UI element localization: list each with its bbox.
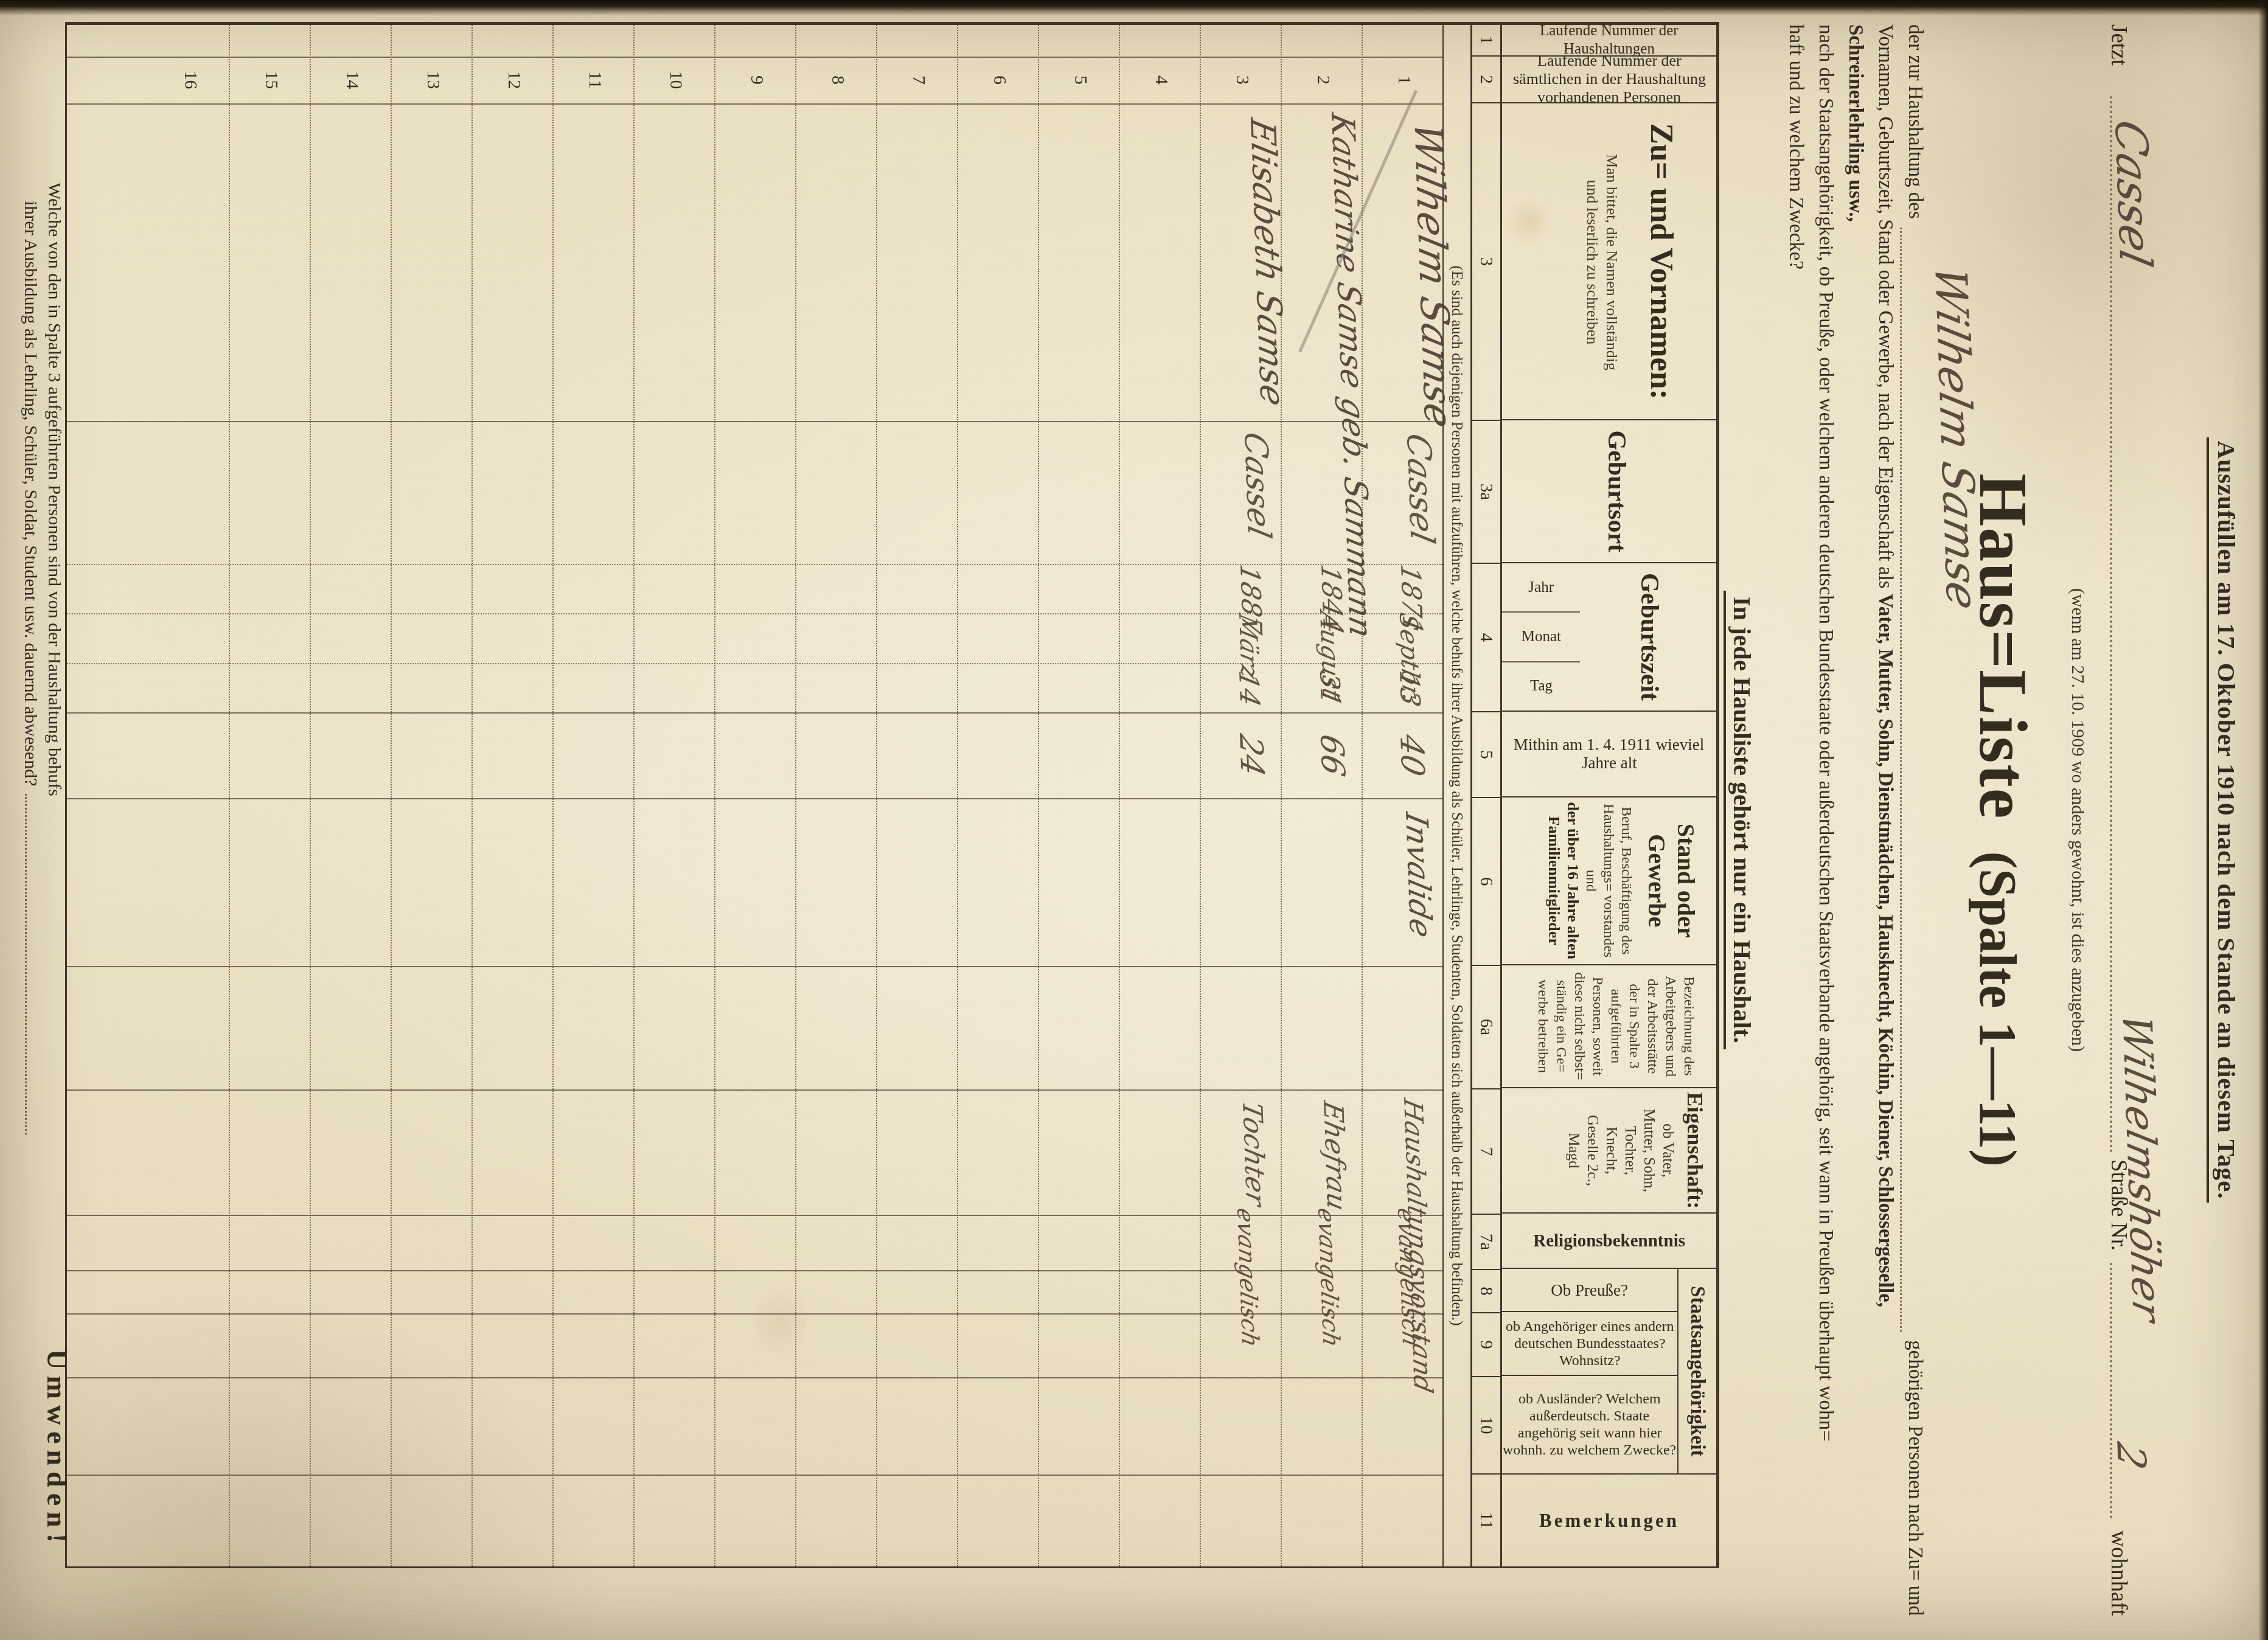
row-number: 12	[504, 57, 524, 103]
colnum-1: 1	[1472, 25, 1500, 57]
col4-day-label: Tag	[1529, 678, 1552, 695]
row-number: 3	[1232, 57, 1253, 103]
col2-header: Laufende Nummer der sämtlichen in der Ha…	[1502, 57, 1716, 103]
colnum-3a: 3a	[1472, 421, 1500, 564]
handwritten-entry-r2-c7: Ehefrau	[1317, 1099, 1352, 1214]
footer-answer-blank	[25, 794, 41, 1134]
intro-l1b: gehörigen Personen nach Zu= und	[1900, 1340, 1930, 1616]
book-gutter-shadow	[0, 0, 2268, 16]
row-number: 11	[585, 57, 605, 103]
handwritten-entry-r3-c7: Tochter	[1236, 1099, 1271, 1209]
address-note: (wenn am 27. 10. 1909 wo anders gewohnt,…	[2067, 0, 2088, 1640]
unnumbered-bottom-row	[67, 25, 148, 1566]
col9-label: ob Angehöriger eines andern deutschen Bu…	[1502, 1318, 1677, 1369]
row-number: 10	[666, 57, 686, 103]
intro-l1a: der zur Haushaltung des	[1900, 24, 1930, 219]
head-name-handwritten: Wilhelm Samse	[1935, 264, 1977, 612]
colnum-6a: 6a	[1472, 966, 1500, 1089]
head-name-blank: Wilhelm Samse	[1900, 228, 1926, 1332]
table-row: 10	[633, 25, 714, 1566]
turn-over-label: Umwenden!	[41, 1349, 73, 1549]
row-number: 15	[261, 57, 282, 103]
handwritten-entry-r2-c4t: 31	[1313, 669, 1346, 709]
handwritten-entry-r3-c3a: Cassel	[1237, 429, 1277, 541]
table-row: 11	[552, 25, 633, 1566]
col7-title: Eigenschaft:	[1682, 1088, 1708, 1212]
handwritten-entry-r1-c4t: 13	[1393, 669, 1425, 709]
col9-header: ob Angehöriger eines andern deutschen Bu…	[1502, 1312, 1677, 1376]
table-row: 6	[957, 25, 1038, 1566]
row-number: 16	[180, 57, 201, 103]
table-row: 5	[1038, 25, 1119, 1566]
table-row: 16	[148, 25, 229, 1566]
table-row: 9	[714, 25, 795, 1566]
col5-header: Mithin am 1. 4. 1911 wieviel Jahre alt	[1502, 712, 1716, 797]
col6a-text: Bezeichnung des Arbeitgebers und der Arb…	[1534, 965, 1698, 1088]
handwritten-entry-r3-c4t: 14	[1233, 669, 1265, 709]
colnum-3: 3	[1472, 103, 1500, 421]
one-household-rule: In jede Hausliste gehört nur ein Haushal…	[1728, 0, 1757, 1640]
colnum-4: 4	[1472, 564, 1500, 712]
footer-question-line2: ihrer Ausbildung als Lehrling, Schüler, …	[20, 201, 41, 1134]
intro-paragraph: der zur Haushaltung des Wilhelm Samse ge…	[1781, 24, 1930, 1616]
main-title: Haus=Liste (Spalte 1—11)	[1963, 0, 2042, 1640]
table-row: 14	[310, 25, 391, 1566]
row-number: 4	[1151, 57, 1172, 103]
colnum-6: 6	[1472, 798, 1500, 966]
row-number: 9	[746, 57, 767, 103]
census-table: Laufende Nummer der Haushaltungen Laufen…	[65, 22, 1719, 1568]
address-prefix-label: Jetzt	[2106, 24, 2132, 66]
address-line: Jetzt Cassel Wilhelmshöher Straße Nr. 2 …	[2096, 24, 2139, 1616]
intro-line-4: nach der Staatsangehörigkeit, ob Preuße,…	[1811, 24, 1840, 1616]
group-header-label: Staatsangehörigkeit	[1677, 1269, 1716, 1473]
col7a-label: Religionsbekenntnis	[1533, 1232, 1685, 1250]
colnum-10: 10	[1472, 1377, 1500, 1475]
column-number-row: 1 2 3 3a 4 5 6 6a 7 7a 8 9 10 11	[1470, 25, 1500, 1566]
col7-list: ob Vater, Mutter, Sohn, Tochter, Knecht,…	[1564, 1088, 1677, 1212]
handwritten-entry-r2-c5: 66	[1313, 731, 1351, 779]
handwritten-entry-r3-c7a: evangelisch	[1232, 1206, 1264, 1350]
address-suffix-label: wohnhaft	[2106, 1531, 2132, 1616]
handwritten-entry-r1-c3a: Cassel	[1399, 430, 1442, 547]
handwritten-entry-r1-c6: Invalide	[1399, 810, 1439, 941]
main-title-suffix: (Spalte 1—11)	[1969, 851, 2027, 1166]
row-number: 13	[423, 57, 444, 103]
table-row: 15	[229, 25, 310, 1566]
col8-header: Ob Preuße?	[1502, 1269, 1677, 1312]
col6-subtext: Beruf, Beschäftigung des Haushaltungs= v…	[1544, 797, 1635, 964]
handwritten-entry-r2-c7a: evangelisch	[1313, 1206, 1344, 1350]
street-number-handwritten: 2	[2107, 1439, 2154, 1473]
table-row: 7	[876, 25, 957, 1566]
col6a-header: Bezeichnung des Arbeitgebers und der Arb…	[1502, 965, 1716, 1089]
colnum-11: 11	[1472, 1475, 1500, 1566]
intro-line-1: der zur Haushaltung des Wilhelm Samse ge…	[1900, 24, 1930, 1616]
address-city-handwritten: Cassel	[2105, 116, 2162, 271]
table-header: Laufende Nummer der Haushaltungen Laufen…	[1500, 25, 1716, 1566]
table-row: 4	[1119, 25, 1200, 1566]
col3-title: Zu= und Vornamen:	[1642, 103, 1680, 420]
handwritten-entry-r3-c5: 24	[1232, 731, 1270, 779]
col4-subcolumns: Jahr Monat Tag	[1502, 563, 1581, 711]
table-row: 12	[471, 25, 552, 1566]
col7a-header: Religionsbekenntnis	[1502, 1214, 1716, 1269]
col6-title: Stand oder Gewerbe	[1642, 797, 1700, 964]
intro-line-5: haft und zu welchem Zwecke?	[1781, 24, 1811, 1616]
col11-header: Bemerkungen	[1502, 1475, 1716, 1566]
col7-header: Eigenschaft: ob Vater, Mutter, Sohn, Toc…	[1502, 1088, 1716, 1214]
colnum-2: 2	[1472, 57, 1500, 103]
colnum-8: 8	[1472, 1270, 1500, 1313]
colnum-5: 5	[1472, 712, 1500, 798]
col5-label: Mithin am 1. 4. 1911 wieviel Jahre alt	[1509, 735, 1710, 772]
handwritten-entry-r1-c5: 40	[1393, 731, 1431, 779]
street-number-blank	[2110, 1263, 2112, 1518]
col4-month-label: Monat	[1521, 628, 1560, 645]
table-row: 8	[795, 25, 876, 1566]
col3a-header: Geburtsort	[1502, 420, 1716, 563]
footer-question-line1: Welche von den in Spalte 3 aufgeführten …	[44, 182, 64, 796]
row-number: 8	[827, 57, 848, 103]
intro-line-3: Schreinerlehrling usw.,	[1840, 24, 1870, 1616]
row-number: 7	[908, 57, 929, 103]
form-fill-date-heading: Auszufüllen am 17. Oktober 1910 nach dem…	[2212, 0, 2241, 1640]
photographed-census-page: Auszufüllen am 17. Oktober 1910 nach dem…	[0, 0, 2268, 1640]
colnum-7a: 7a	[1472, 1215, 1500, 1270]
row-number: 14	[342, 57, 363, 103]
row-number: 2	[1313, 57, 1334, 103]
staatsangehoerigkeit-group: Staatsangehörigkeit Ob Preuße? ob Angehö…	[1502, 1269, 1716, 1475]
col1-header: Laufende Nummer der Haushaltungen	[1502, 25, 1716, 57]
row-number: 5	[1070, 57, 1091, 103]
handwritten-entry-r1-c7a: evangelisch	[1393, 1206, 1424, 1350]
col1-label: Laufende Nummer der Haushaltungen	[1509, 25, 1710, 57]
col4-header: Geburtszeit Jahr Monat Tag	[1502, 563, 1716, 712]
haus-liste-form: Auszufüllen am 17. Oktober 1910 nach dem…	[0, 0, 2268, 1640]
col4-title: Geburtszeit	[1635, 563, 1664, 711]
page-edge-shadow	[2258, 0, 2268, 1640]
col4-year-label: Jahr	[1528, 579, 1554, 596]
col10-label: ob Ausländer? Welchem außerdeutsch. Staa…	[1502, 1391, 1677, 1459]
col10-header: ob Ausländer? Welchem außerdeutsch. Staa…	[1502, 1376, 1677, 1473]
colnum-7: 7	[1472, 1089, 1500, 1215]
col11-label: Bemerkungen	[1539, 1512, 1679, 1530]
col8-label: Ob Preuße?	[1551, 1282, 1629, 1299]
col2-label: Laufende Nummer der sämtlichen in der Ha…	[1509, 57, 1710, 103]
street-number-label: Straße Nr.	[2106, 1159, 2132, 1251]
intro-line-2: Vornamen, Geburtszeit, Stand oder Gewerb…	[1870, 24, 1900, 1616]
colnum-9: 9	[1472, 1313, 1500, 1377]
table-row: 13	[391, 25, 471, 1566]
row-number: 6	[989, 57, 1010, 103]
col6-header: Stand oder Gewerbe Beruf, Beschäftigung …	[1502, 797, 1716, 965]
col3a-title: Geburtsort	[1602, 420, 1631, 562]
col3-note: Man bittet, die Namen vollständig und le…	[1582, 153, 1621, 372]
col3-header: Zu= und Vornamen: Man bittet, die Namen …	[1502, 103, 1716, 421]
